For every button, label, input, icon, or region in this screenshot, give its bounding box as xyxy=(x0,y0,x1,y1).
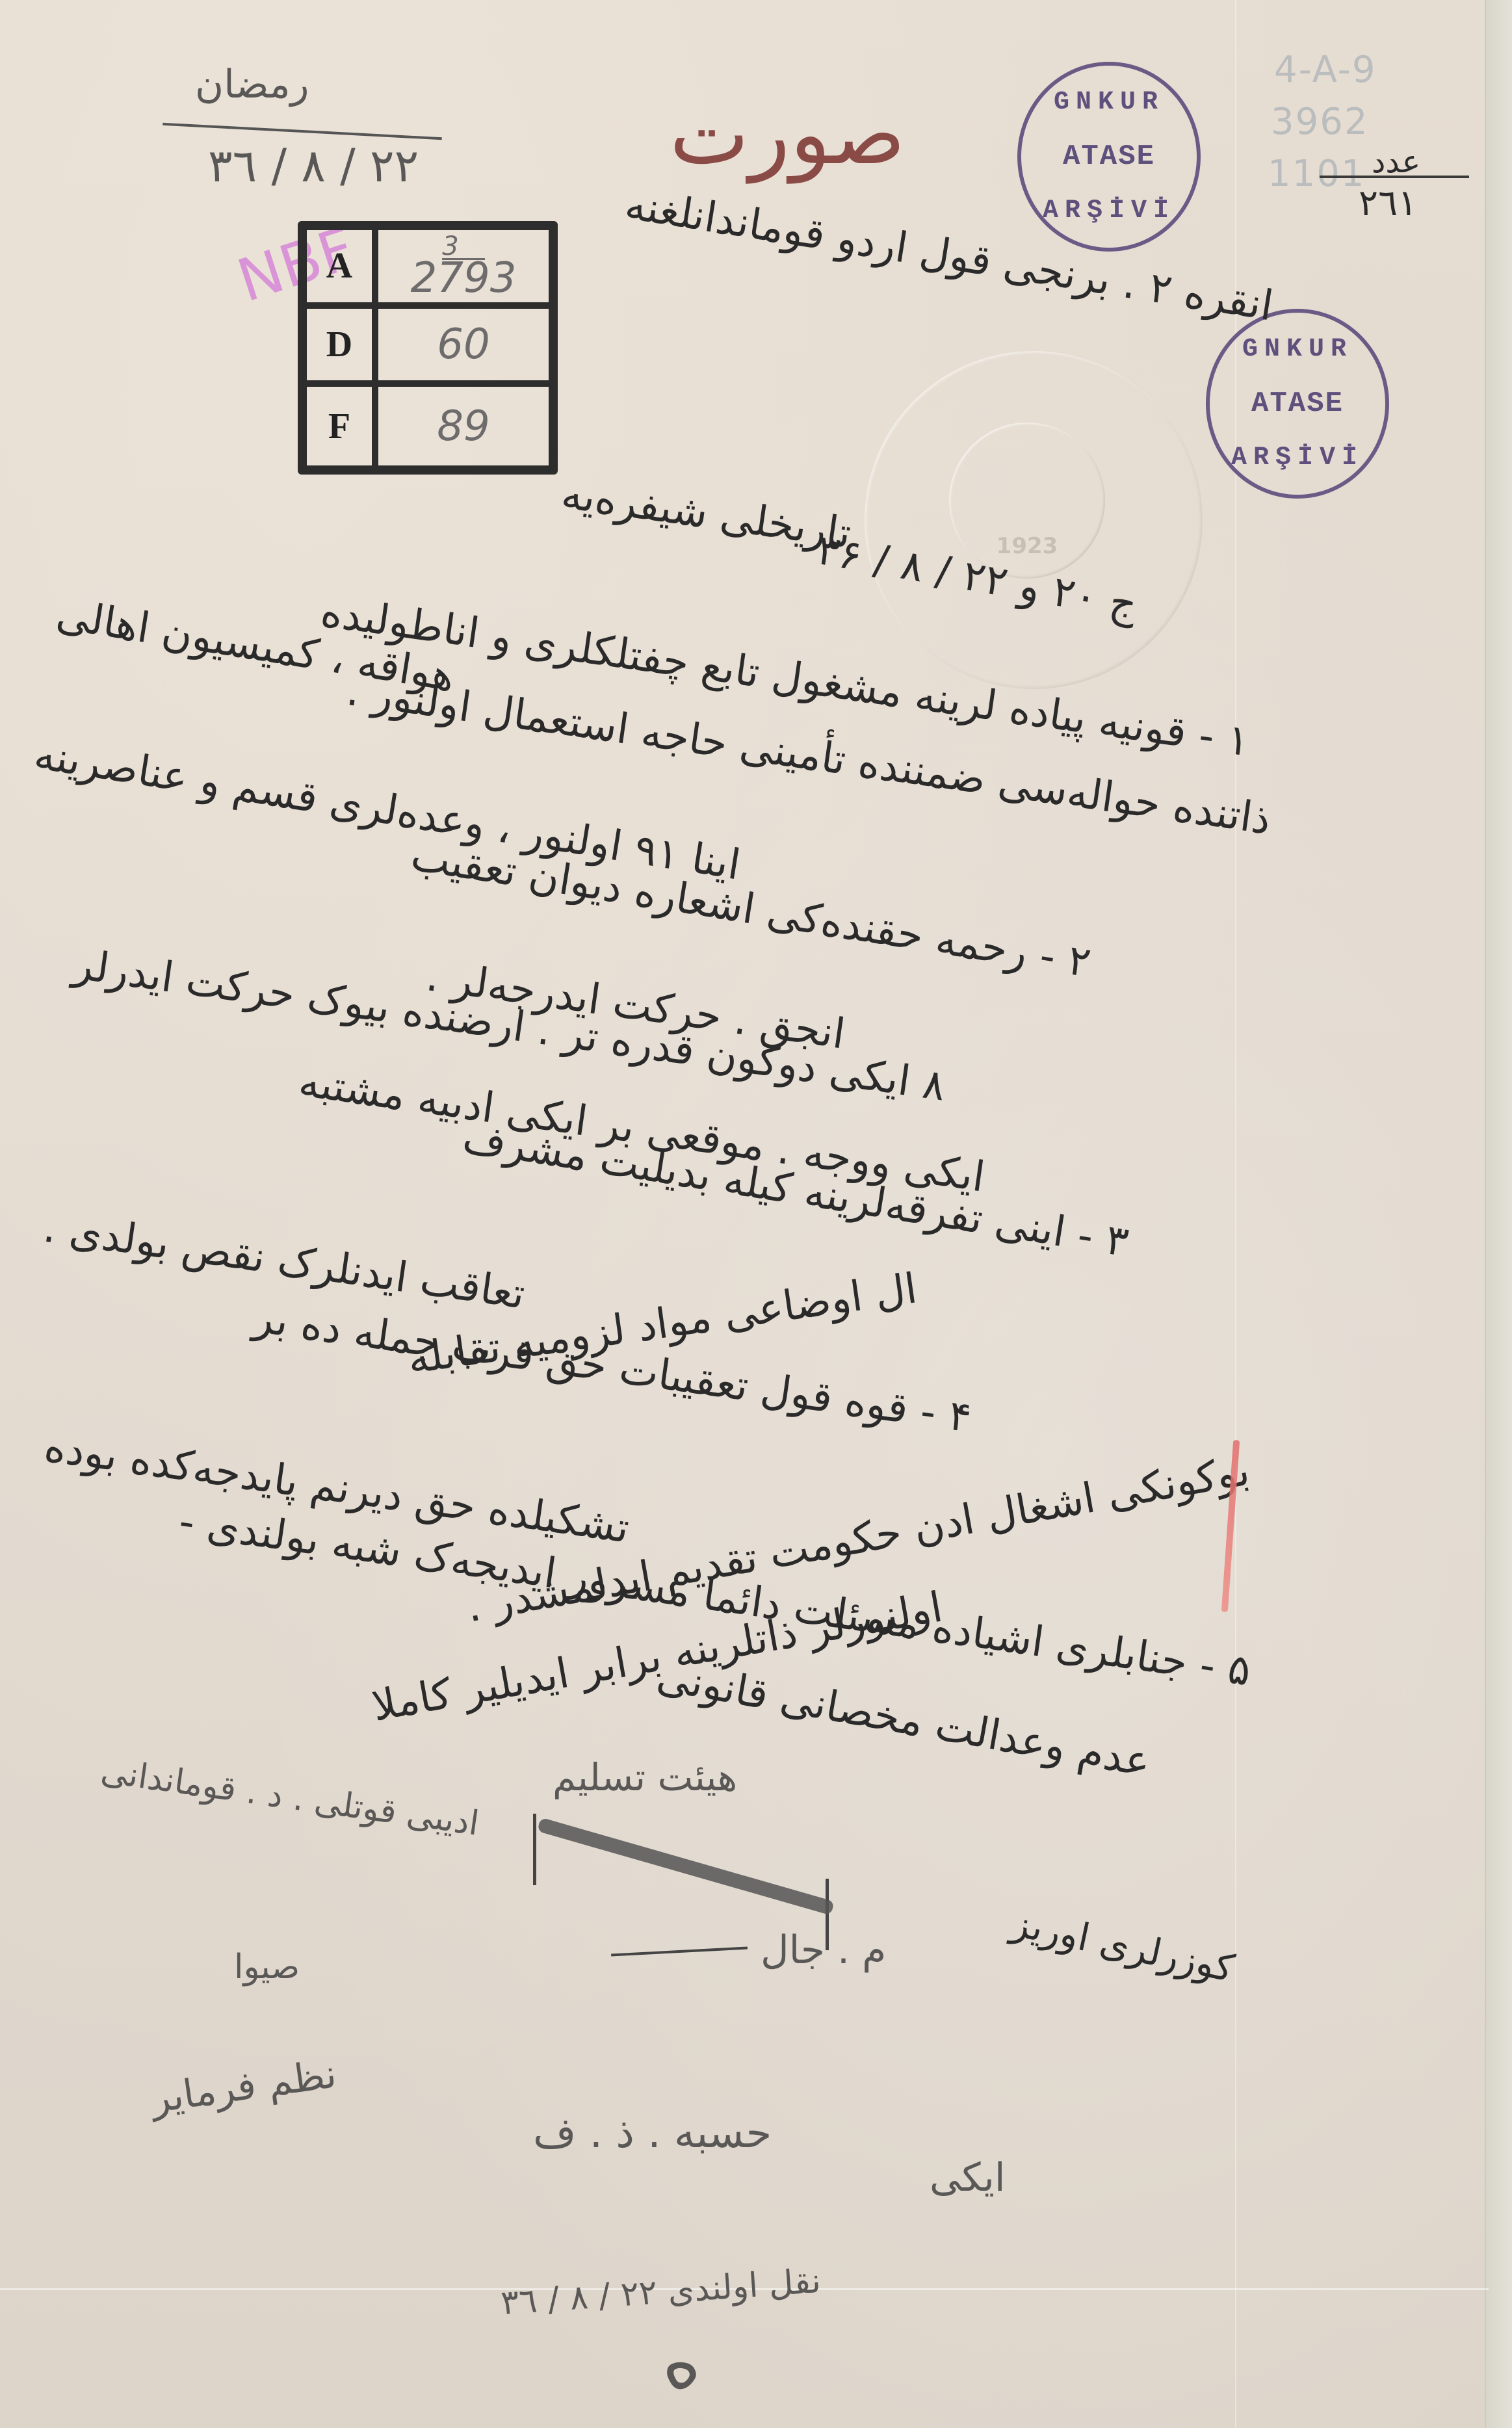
faint-ref-1: 4-A-9 xyxy=(1274,52,1377,88)
archive-box-value-d: 60 xyxy=(378,309,549,387)
cipher-label: م . جال xyxy=(761,1931,886,1970)
archive-box-label-d: D xyxy=(307,309,378,387)
left-bracket xyxy=(533,1814,536,1885)
top-right-note-numerator: عدد xyxy=(1372,146,1420,177)
stamp-top-text: GNKUR xyxy=(1021,88,1197,117)
archive-stamp-2: GNKUR ATASE ARŞİVİ xyxy=(1206,309,1389,499)
top-left-note-denominator: ٢٢ / ٨ / ٣٦ xyxy=(208,143,419,189)
signature-middle: حسبه . ذ . ف xyxy=(533,2113,772,2154)
archive-stamp-1: GNKUR ATASE ARŞİVİ xyxy=(1017,62,1201,252)
faint-ref-3: 1101 xyxy=(1268,156,1366,192)
archive-box-label-f: F xyxy=(307,387,378,465)
stamp-middle-text: ATASE xyxy=(1210,387,1385,420)
left-note-2: صیوا xyxy=(234,1950,300,1984)
embossed-seal: 1923 xyxy=(865,351,1203,689)
top-right-note-divider xyxy=(1320,176,1469,178)
top-left-note-numerator: رمضان xyxy=(195,65,309,104)
heading-copy: صورت xyxy=(670,85,906,183)
archive-reference-box: A 32793 D 60 F 89 xyxy=(298,221,558,475)
stamp-middle-text: ATASE xyxy=(1021,140,1197,173)
archive-box-label-a: A xyxy=(307,230,378,309)
paper-edge xyxy=(1485,0,1512,2428)
signature-right: ایکی xyxy=(930,2158,1006,2197)
archive-box-value-f: 89 xyxy=(378,387,549,465)
faint-ref-2: 3962 xyxy=(1271,104,1369,140)
stamp-bottom-text: ARŞİVİ xyxy=(1021,196,1197,226)
top-right-note-denominator: ٢٦١ xyxy=(1359,185,1417,222)
stamp-bottom-text: ARŞİVİ xyxy=(1210,443,1385,473)
stamp-top-text: GNKUR xyxy=(1210,335,1385,364)
struck-word: هیئت تسلیم xyxy=(553,1758,737,1796)
archive-box-value-a: 32793 xyxy=(378,230,549,309)
